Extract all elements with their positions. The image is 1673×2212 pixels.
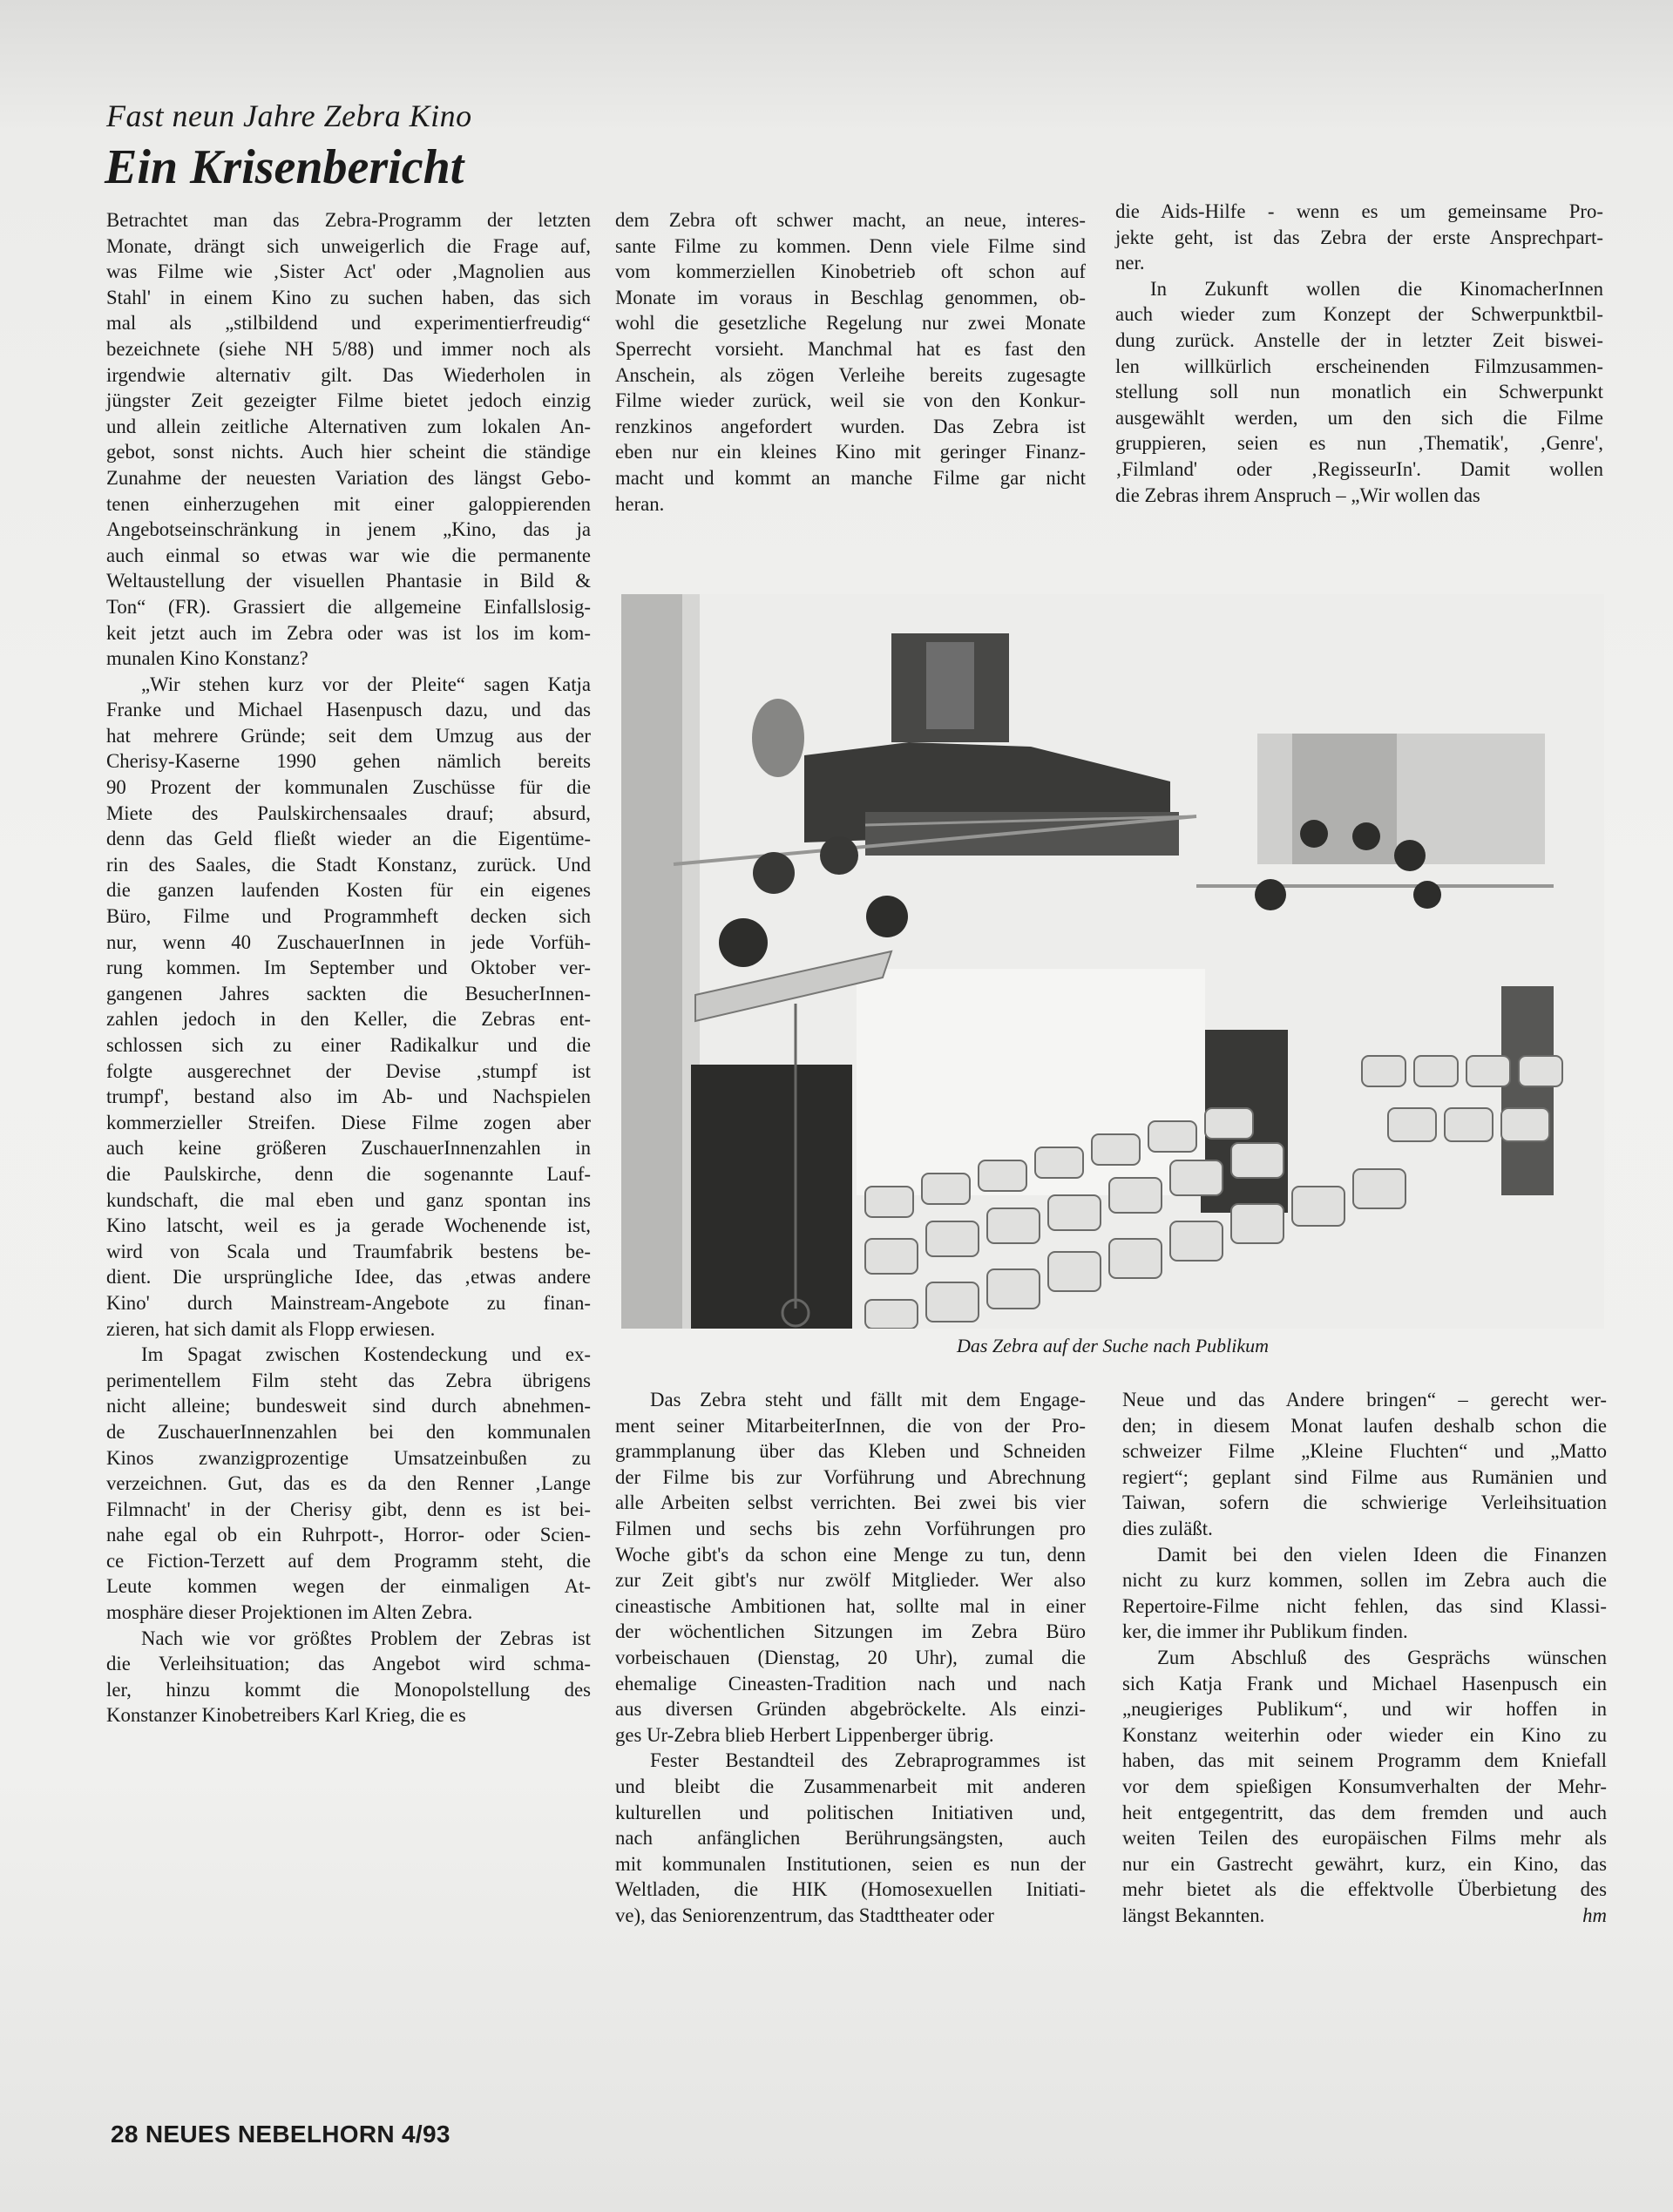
text-line: längst Bekannten.hm (1122, 1903, 1607, 1929)
text-line: ner. (1115, 250, 1603, 276)
text-line: „Wir stehen kurz vor der Pleite“ sagen K… (106, 672, 591, 698)
text-line: irgendwie alternativ gilt. Das Wiederhol… (106, 362, 591, 389)
text-line: der wöchentlichen Sitzungen im Zebra Bür… (615, 1619, 1086, 1645)
text-line: ges Ur-Zebra blieb Herbert Lippenberger … (615, 1722, 1086, 1749)
text-line: schlossen sich zu einer Radikalkur und d… (106, 1032, 591, 1059)
column-right-bottom: Neue und das Andere bringen“ – gerecht w… (1122, 1387, 1607, 1928)
article-kicker: Fast neun Jahre Zebra Kino (106, 98, 472, 134)
text-line: Nach wie vor größtes Problem der Zebras … (106, 1626, 591, 1652)
text-line: dung zurück. Anstelle der in letzter Zei… (1115, 328, 1603, 354)
text-line: rin des Saales, die Stadt Konstanz, zurü… (106, 852, 591, 878)
text-line: kommerzieller Streifen. Diese Filme zoge… (106, 1110, 591, 1136)
text-line: Monate im voraus in Beschlag genommen, o… (615, 285, 1086, 311)
text-line: Büro, Filme und Programmheft decken sich (106, 903, 591, 930)
text-line: ker, die immer ihr Publikum finden. (1122, 1619, 1607, 1645)
text-line: heran. (615, 491, 1086, 517)
text-line: Ton“ (FR). Grassiert die allgemeine Einf… (106, 594, 591, 620)
text-line: ehemalige Cineasten-Tradition nach und n… (615, 1671, 1086, 1697)
text-line: Franke und Michael Hasenpusch dazu, und … (106, 697, 591, 723)
text-line: zieren, hat sich damit als Flopp erwiese… (106, 1316, 591, 1343)
author-signature: hm (1582, 1903, 1607, 1929)
text-line: rung kommen. Im September und Oktober ve… (106, 955, 591, 981)
text-line: vorbeischauen (Dienstag, 20 Uhr), zumal … (615, 1645, 1086, 1671)
text-line: nicht alleine; bundesweit sind durch abn… (106, 1393, 591, 1419)
text-line: gangenen Jahres sackten die BesucherInne… (106, 981, 591, 1007)
text-line: jekte geht, ist das Zebra der erste Ansp… (1115, 225, 1603, 251)
column-middle-top: dem Zebra oft schwer macht, an neue, int… (615, 207, 1086, 517)
text-line: Das Zebra steht und fällt mit dem Engage… (615, 1387, 1086, 1413)
column-left: Betrachtet man das Zebra-Programm der le… (106, 207, 591, 1728)
text-line: auch wieder zum Konzept der Schwerpunktb… (1115, 301, 1603, 328)
text-line: Woche gibt's da schon eine Menge zu tun,… (615, 1542, 1086, 1568)
text-line: nur ein Gastrecht gewährt, kurz, ein Kin… (1122, 1851, 1607, 1877)
text-line: Im Spagat zwischen Kostendeckung und ex- (106, 1342, 591, 1368)
text-line: keit jetzt auch im Zebra oder was ist lo… (106, 620, 591, 646)
text-line: Stahl' in einem Kino zu suchen haben, da… (106, 285, 591, 311)
text-line: auch einmal so etwas war wie die permane… (106, 543, 591, 569)
text-line: Konstanzer Kinobetreibers Karl Krieg, di… (106, 1702, 591, 1728)
text-line: stellung soll nun monatlich ein Schwerpu… (1115, 379, 1603, 405)
text-line: kulturellen und politischen Initiativen … (615, 1800, 1086, 1826)
text-line: Damit bei den vielen Ideen die Finanzen (1122, 1542, 1607, 1568)
column-right-top: die Aids-Hilfe - wenn es um gemeinsame P… (1115, 199, 1603, 508)
text-line: dient. Die ursprüngliche Idee, das ‚etwa… (106, 1264, 591, 1290)
text-line: auch keine größeren ZuschauerInnenzahlen… (106, 1135, 591, 1161)
text-line: mal als „stilbildend und experimentierfr… (106, 310, 591, 336)
text-line: Betrachtet man das Zebra-Programm der le… (106, 207, 591, 233)
text-line: Konstanz weiterhin oder wieder ein Kino … (1122, 1722, 1607, 1749)
text-line: denn das Geld fließt wieder an die Eigen… (106, 826, 591, 852)
text-line: mehr bietet als die effektvolle Überbiet… (1122, 1877, 1607, 1903)
text-line: Filmnacht' in der Cherisy gibt, denn es … (106, 1497, 591, 1523)
text-line: Fester Bestandteil des Zebraprogrammes i… (615, 1748, 1086, 1774)
text-line: Zunahme der neuesten Variation des längs… (106, 465, 591, 491)
text-line: gruppieren, seien es nun ‚Thematik', ‚Ge… (1115, 430, 1603, 457)
text-line: Weltaustellung der visuellen Phantasie i… (106, 568, 591, 594)
magazine-page: Fast neun Jahre Zebra Kino Ein Krisenber… (0, 0, 1673, 2212)
column-middle-bottom: Das Zebra steht und fällt mit dem Engage… (615, 1387, 1086, 1928)
text-line: Monate, drängt sich unweigerlich die Fra… (106, 233, 591, 260)
text-line: nur, wenn 40 ZuschauerInnen in jede Vorf… (106, 930, 591, 956)
text-line: mosphäre dieser Projektionen im Alten Ze… (106, 1600, 591, 1626)
text-line: die Paulskirche, denn die sogenannte Lau… (106, 1161, 591, 1187)
article-headline: Ein Krisenbericht (105, 139, 464, 195)
text-line: tenen einherzugehen mit einer galoppiere… (106, 491, 591, 517)
text-line: trumpf', bestand also im Ab- und Nachspi… (106, 1084, 591, 1110)
text-line: Taiwan, sofern die schwierige Verleihsit… (1122, 1490, 1607, 1516)
text-line: Repertoire-Filme nicht fehlen, das sind … (1122, 1593, 1607, 1620)
text-line: schweizer Filme „Kleine Fluchten“ und „M… (1122, 1438, 1607, 1465)
text-line: renzkinos angefordert wurden. Das Zebra … (615, 414, 1086, 440)
text-line: Leute kommen wegen der einmaligen At- (106, 1573, 591, 1600)
text-line: die Zebras ihrem Anspruch – „Wir wollen … (1115, 483, 1603, 509)
text-line: jüngster Zeit gezeigter Filme bietet jed… (106, 388, 591, 414)
photo-caption: Das Zebra auf der Suche nach Publikum (621, 1335, 1604, 1357)
text-line: nahe egal ob ein Ruhrpott-, Horror- oder… (106, 1522, 591, 1548)
text-line: und allein zeitliche Alternativen zum lo… (106, 414, 591, 440)
text-line: verzeichnen. Gut, das es da den Renner ‚… (106, 1471, 591, 1497)
cinema-hall-photo (621, 594, 1604, 1329)
text-line: Weltladen, die HIK (Homosexuellen Initia… (615, 1877, 1086, 1903)
text-line: sich Katja Frank und Michael Hasenpusch … (1122, 1671, 1607, 1697)
text-line: zur Zeit gibt's nur zwölf Mitglieder. We… (615, 1567, 1086, 1593)
text-line: In Zukunft wollen die KinomacherInnen (1115, 276, 1603, 302)
text-line: dies zuläßt. (1122, 1516, 1607, 1542)
text-line: wird von Scala und Traumfabrik bestens b… (106, 1239, 591, 1265)
text-line: nicht zu kurz kommen, sollen im Zebra au… (1122, 1567, 1607, 1593)
text-line: Anschein, als zögen Verleihe bereits zug… (615, 362, 1086, 389)
text-line: gebot, sonst nichts. Auch hier scheint d… (106, 439, 591, 465)
publication-name: NEUES NEBELHORN (146, 2121, 395, 2148)
text-line: ‚Filmland' oder ‚RegisseurIn'. Damit wol… (1115, 457, 1603, 483)
text-line: die Aids-Hilfe - wenn es um gemeinsame P… (1115, 199, 1603, 225)
page-footer: 28 NEUES NEBELHORN 4/93 (111, 2121, 450, 2148)
text-line: ce Fiction-Terzett auf dem Programm steh… (106, 1548, 591, 1574)
text-line: Filme wieder zurück, weil sie von den Ko… (615, 388, 1086, 414)
text-line: folgte ausgerechnet der Devise ‚stumpf i… (106, 1059, 591, 1085)
text-line: Neue und das Andere bringen“ – gerecht w… (1122, 1387, 1607, 1413)
text-line: regiert“; geplant sind Filme aus Rumänie… (1122, 1465, 1607, 1491)
page-number: 28 (111, 2121, 139, 2148)
text-line: munalen Kino Konstanz? (106, 646, 591, 672)
text-line: „neugieriges Publikum“, und wir hoffen i… (1122, 1696, 1607, 1722)
text-line: macht und kommt an manche Filme gar nich… (615, 465, 1086, 491)
text-line: sante Filme zu kommen. Denn viele Filme … (615, 233, 1086, 260)
text-line: ler, hinzu kommt die Monopolstellung des (106, 1677, 591, 1703)
text-line: ment seiner MitarbeiterInnen, die von de… (615, 1413, 1086, 1439)
text-line: dem Zebra oft schwer macht, an neue, int… (615, 207, 1086, 233)
text-line: den; in diesem Monat laufen deshalb scho… (1122, 1413, 1607, 1439)
text-line: nach anfänglichen Berührungsängsten, auc… (615, 1825, 1086, 1851)
photo-illustration (621, 594, 1604, 1329)
text-line: ve), das Seniorenzentrum, das Stadttheat… (615, 1903, 1086, 1929)
text-line: die ganzen laufenden Kosten für ein eige… (106, 877, 591, 903)
text-line: grammplanung über das Kleben und Schneid… (615, 1438, 1086, 1465)
text-line: der Filme bis zur Vorführung und Abrechn… (615, 1465, 1086, 1491)
text-line: weiten Teilen des europäischen Films meh… (1122, 1825, 1607, 1851)
text-line: Filmen und sechs bis zehn Vorführungen p… (615, 1516, 1086, 1542)
text-line: was Filme wie ‚Sister Act' oder ‚Magnoli… (106, 259, 591, 285)
text-line: 90 Prozent der kommunalen Zuschüsse für … (106, 775, 591, 801)
text-line: heit entgegentritt, das dem fremden und … (1122, 1800, 1607, 1826)
text-line: len willkürlich erscheinenden Filmzusamm… (1115, 354, 1603, 380)
text-line: mit kommunalen Institutionen, seien es n… (615, 1851, 1086, 1877)
text-line: alle Arbeiten selbst verrichten. Bei zwe… (615, 1490, 1086, 1516)
text-line: Miete des Paulskirchensaales drauf; absu… (106, 801, 591, 827)
text-line: Kinos zwanzigprozentige Umsatzeinbußen z… (106, 1445, 591, 1471)
text-line: vor dem spießigen Konsumverhalten der Me… (1122, 1774, 1607, 1800)
text-line: Cherisy-Kaserne 1990 gehen nämlich berei… (106, 748, 591, 775)
text-line: perimentellem Film steht das Zebra übrig… (106, 1368, 591, 1394)
text-line: Sperrecht vorsieht. Manchmal hat es fast… (615, 336, 1086, 362)
text-line: kundschaft, die mal eben und ganz sponta… (106, 1187, 591, 1214)
issue-number: 4/93 (402, 2121, 450, 2148)
text-line: eben nur ein kleines Kino mit geringer F… (615, 439, 1086, 465)
text-line: Kino latscht, weil es ja gerade Wochenen… (106, 1213, 591, 1239)
text-line: haben, das mit seinem Programm dem Knief… (1122, 1748, 1607, 1774)
text-line: Kino' durch Mainstream-Angebote zu finan… (106, 1290, 591, 1316)
text-line: de ZuschauerInnenzahlen bei den kommunal… (106, 1419, 591, 1445)
text-line: wohl die gesetzliche Regelung nur zwei M… (615, 310, 1086, 336)
text-line: und bleibt die Zusammenarbeit mit andere… (615, 1774, 1086, 1800)
text-line: bezeichnete (siehe NH 5/88) und immer no… (106, 336, 591, 362)
text-line: aus diversen Gründen abgebröckelte. Als … (615, 1696, 1086, 1722)
text-line: vom kommerziellen Kinobetrieb oft schon … (615, 259, 1086, 285)
text-line: ausgewählt werden, um den sich die Filme (1115, 405, 1603, 431)
text-line: die Verleihsituation; das Angebot wird s… (106, 1651, 591, 1677)
text-line: Angebotseinschränkung in jenem „Kino, da… (106, 517, 591, 543)
text-line: cineastische Ambitionen hat, sollte mal … (615, 1593, 1086, 1620)
text-line: hat mehrere Gründe; seit dem Umzug aus d… (106, 723, 591, 749)
text-line: Zum Abschluß des Gesprächs wünschen (1122, 1645, 1607, 1671)
text-line: zahlen jedoch in den Keller, die Zebras … (106, 1006, 591, 1032)
